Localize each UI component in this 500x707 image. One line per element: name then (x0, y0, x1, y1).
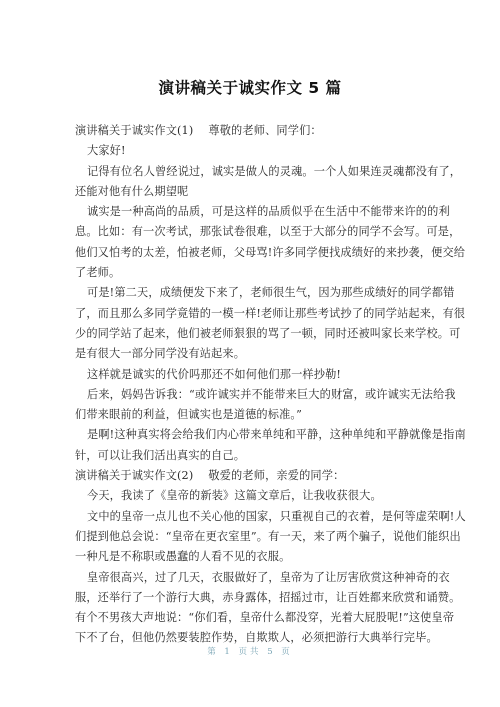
text-line: 们带来眼前的利益，但诚实也是道德的标准。” (75, 405, 427, 425)
page-number-footer: 第 1 页共 5 页 (0, 645, 500, 657)
text-line: 有个不男孩大声地说：“你们看，皇帝什么都没穿，光着大屁股呢!”这使皇帝 (75, 608, 427, 628)
text-line: 了老师。 (75, 263, 427, 283)
text-line: 们提到他总会说：“皇帝在更衣室里”。有一天，来了两个骗子，说他们能织出 (75, 527, 427, 547)
text-line: 记得有位名人曾经说过，诚实是做人的灵魂。一个人如果连灵魂都没有了， (75, 162, 427, 182)
document-body: 演讲稿关于诚实作文(1) 尊敬的老师、同学们： 大家好! 记得有位名人曾经说过，… (75, 121, 427, 649)
text-line: 是啊!这种真实将会给我们内心带来单纯和平静，这种单纯和平静就像是指南 (75, 425, 427, 445)
text-line: 文中的皇帝一点儿也不关心他的国家，只重视自己的衣着，是何等虚荣啊!人 (75, 507, 427, 527)
text-line: 少的同学站了起来，他们被老师狠狠的骂了一顿，同时还被叫家长来学校。可 (75, 324, 427, 344)
text-line: 了，而且那么多同学竟错的一模一样!老师让那些考试抄了的同学站起来，有很 (75, 304, 427, 324)
text-line: 息。比如：有一次考试，那张试卷很难，以至于大部分的同学不会写。可是， (75, 222, 427, 242)
text-line: 演讲稿关于诚实作文(2) 敬爱的老师，亲爱的同学： (75, 466, 427, 486)
text-line: 还能对他有什么期望呢 (75, 182, 427, 202)
text-line: 大家好! (75, 141, 427, 161)
text-line: 今天，我读了《皇帝的新装》这篇文章后，让我收获很大。 (75, 486, 427, 506)
text-line: 服，还举行了一个游行大典，赤身露体，招摇过市，让百姓都来欣赏和诵赞。 (75, 588, 427, 608)
text-line: 皇帝很高兴，过了几天，衣服做好了，皇帝为了让厉害欣赏这种神奇的衣 (75, 568, 427, 588)
text-line: 可是!第二天，成绩便发下来了，老师很生气，因为那些成绩好的同学都错 (75, 283, 427, 303)
text-line: 他们又怕考的太差，怕被老师，父母骂!许多同学便找成绩好的来抄袭，便交给 (75, 243, 427, 263)
text-line: 演讲稿关于诚实作文(1) 尊敬的老师、同学们： (75, 121, 427, 141)
text-line: 是有很大一部分同学没有站起来。 (75, 344, 427, 364)
text-line: 一种凡是不称职或愚蠢的人看不见的衣服。 (75, 547, 427, 567)
text-line: 这样就是诚实的代价吗那还不如何他们那一样抄勒! (75, 365, 427, 385)
text-line: 诚实是一种高尚的品质，可是这样的品质似乎在生活中不能带来许的的利 (75, 202, 427, 222)
text-line: 后来，妈妈告诉我：“或许诚实并不能带来巨大的财富，或许诚实无法给我 (75, 385, 427, 405)
text-line: 针，可以让我们活出真实的自己。 (75, 446, 427, 466)
document-title: 演讲稿关于诚实作文 5 篇 (0, 76, 500, 98)
